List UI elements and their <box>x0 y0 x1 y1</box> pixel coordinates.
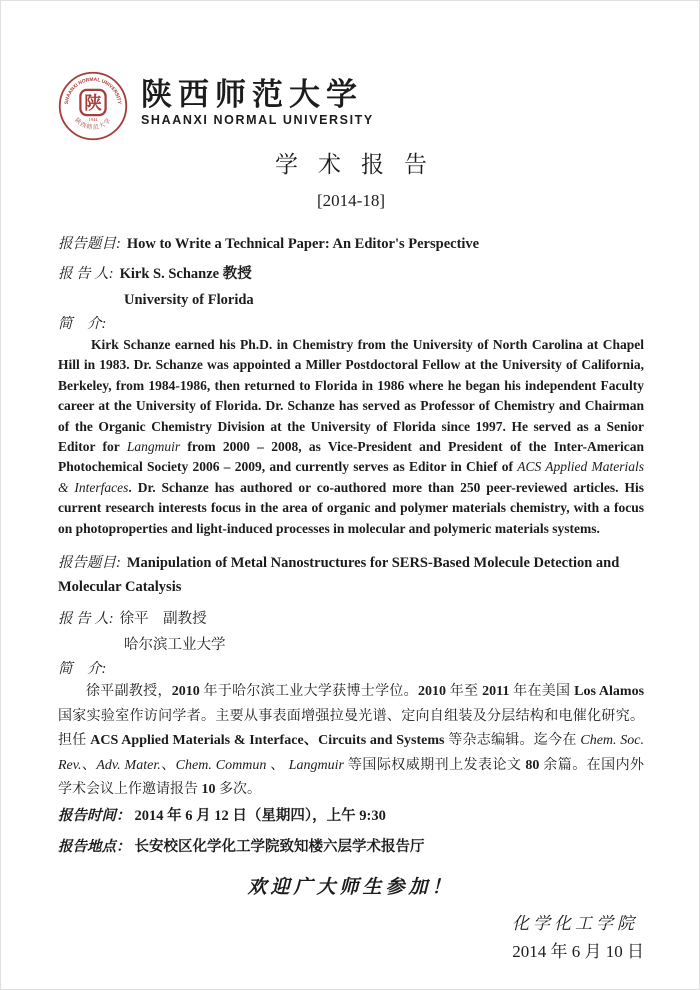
university-name-english: SHAANXI NORMAL UNIVERSITY <box>141 113 374 127</box>
welcome-message: 欢迎广大师生参加！ <box>58 875 644 901</box>
talk1-speaker-row: 报 告 人:Kirk S. Schanze 教授 <box>58 263 644 285</box>
organizer-name: 化学化工学院 <box>58 913 644 935</box>
lecture-time-row: 报告时间：2014 年 6 月 12 日（星期四），上午 9:30 <box>58 805 644 827</box>
signature-block: 化学化工学院 2014 年 6 月 10 日 <box>58 913 644 963</box>
speaker-label: 报 告 人: <box>58 266 114 282</box>
talk1-speaker: Kirk S. Schanze 教授 <box>120 266 252 282</box>
brief-label-2: 简 介: <box>58 661 106 677</box>
seal-founding-year: 1944 <box>88 117 98 122</box>
talk1-topic: How to Write a Technical Paper: An Edito… <box>127 236 479 252</box>
talk2-speaker: 徐平 副教授 <box>120 611 207 627</box>
topic-label: 报告题目: <box>58 236 121 252</box>
lecture-time-value: 2014 年 6 月 12 日（星期四），上午 9:30 <box>135 808 386 824</box>
talk2-speaker-row: 报 告 人:徐平 副教授 <box>58 608 644 630</box>
document-title: 学术报告 <box>58 150 644 180</box>
lecture-venue-row: 报告地点：长安校区化学化工学院致知楼六层学术报告厅 <box>58 836 644 858</box>
talk2-brief-label-row: 简 介: <box>58 658 644 680</box>
talk1-affiliation: University of Florida <box>58 289 644 311</box>
seal-center-glyph: 陕 <box>84 93 102 113</box>
university-name-chinese: 陕西师范大学 <box>141 79 374 112</box>
document-number: [2014-18] <box>58 191 644 211</box>
talk2-topic: Manipulation of Metal Nanostructures for… <box>58 555 619 595</box>
announcement-document: SHAANXI NORMAL UNIVERSITY 陕西师范大学 陕 1944 … <box>0 0 700 990</box>
speaker-label-2: 报 告 人: <box>58 611 114 627</box>
venue-label: 报告地点： <box>58 839 131 855</box>
talk1-brief-label-row: 简 介: <box>58 313 644 335</box>
topic-label-2: 报告题目: <box>58 555 121 571</box>
talk1-topic-row: 报告题目:How to Write a Technical Paper: An … <box>58 233 644 255</box>
talk2-affiliation: 哈尔滨工业大学 <box>58 634 644 656</box>
talk1-biography: Kirk Schanze earned his Ph.D. in Chemist… <box>58 335 644 539</box>
talk2-topic-row: 报告题目:Manipulation of Metal Nanostructure… <box>58 551 644 599</box>
university-seal-logo: SHAANXI NORMAL UNIVERSITY 陕西师范大学 陕 1944 <box>58 71 128 141</box>
university-header: SHAANXI NORMAL UNIVERSITY 陕西师范大学 陕 1944 … <box>58 1 644 141</box>
talk2-biography: 徐平副教授，2010 年于哈尔滨工业大学获博士学位。2010 年至 2011 年… <box>58 680 644 803</box>
issue-date: 2014 年 6 月 10 日 <box>58 941 644 963</box>
brief-label: 简 介: <box>58 316 106 332</box>
time-label: 报告时间： <box>58 808 131 824</box>
lecture-venue-value: 长安校区化学化工学院致知楼六层学术报告厅 <box>135 839 425 855</box>
university-name-block: 陕西师范大学 SHAANXI NORMAL UNIVERSITY <box>141 71 374 127</box>
